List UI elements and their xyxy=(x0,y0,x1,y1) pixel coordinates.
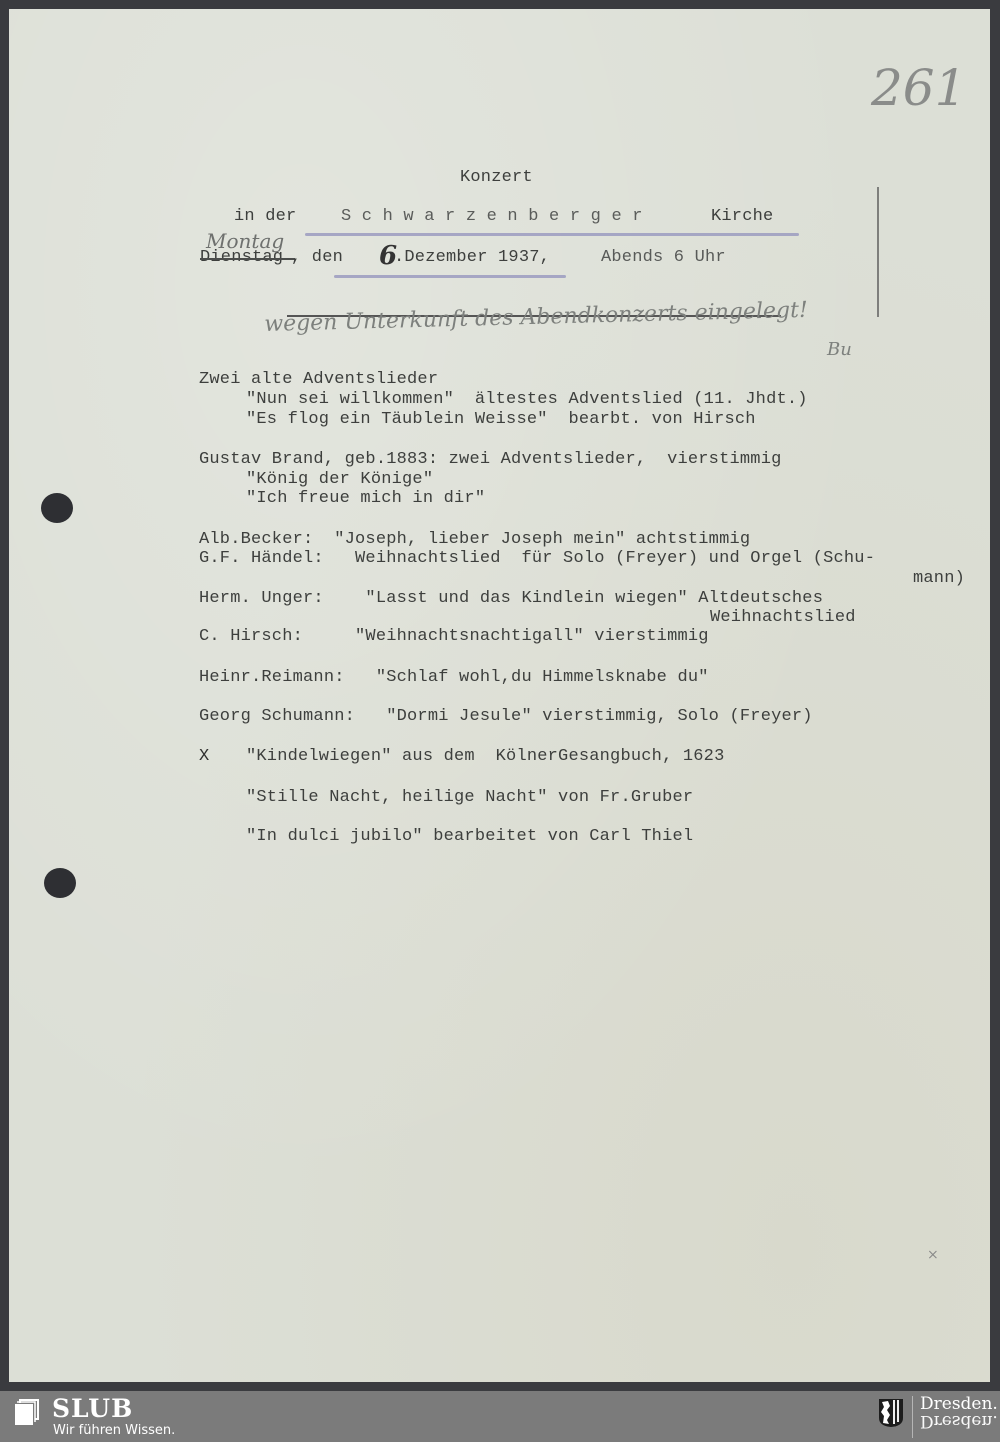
program-line: "Es flog ein Täublein Weisse" bearbt. vo… xyxy=(246,410,756,430)
footer-bar: SLUB Wir führen Wissen. Dresden. Dresden… xyxy=(0,1391,1000,1442)
dresden-crest-icon xyxy=(878,1398,904,1428)
church-name: S c h w a r z e n b e r g e r xyxy=(341,207,643,227)
day-strikethrough xyxy=(200,258,295,260)
date-underline xyxy=(334,275,566,278)
venue-prefix: in der xyxy=(234,207,296,227)
page-number-handwritten: 261 xyxy=(871,59,966,117)
program-line: mann) xyxy=(913,569,965,589)
program-line: Zwei alte Adventslieder xyxy=(199,370,438,390)
slub-tagline: Wir führen Wissen. xyxy=(53,1423,175,1438)
document-title: Konzert xyxy=(460,168,533,188)
day-handwritten: Montag xyxy=(206,229,284,253)
program-line: "Ich freue mich in dir" xyxy=(246,489,485,509)
dresden-wordmark-reflection: Dresden. xyxy=(920,1412,998,1430)
church-underline xyxy=(305,233,799,236)
program-line: "In dulci jubilo" bearbeitet von Carl Th… xyxy=(246,827,693,847)
program-line: Gustav Brand, geb.1883: zwei Adventslied… xyxy=(199,450,782,470)
program-line: "Kindelwiegen" aus dem KölnerGesangbuch,… xyxy=(246,747,724,767)
program-line: Herm. Unger: "Lasst und das Kindlein wie… xyxy=(199,589,823,609)
punch-hole-upper xyxy=(41,493,73,523)
program-line: "Stille Nacht, heilige Nacht" von Fr.Gru… xyxy=(246,788,693,808)
punch-hole-lower xyxy=(44,868,76,898)
footer-divider xyxy=(912,1396,913,1438)
handwritten-note: wegen Unterkunft des Abendkonzerts einge… xyxy=(264,298,808,337)
slub-book-icon xyxy=(14,1398,42,1426)
margin-line xyxy=(877,187,879,317)
program-line: "König der Könige" xyxy=(246,470,433,490)
handwritten-initial: Bu xyxy=(827,339,852,360)
date-month-year: .Dezember 1937, xyxy=(394,248,550,268)
pencil-mark: × xyxy=(927,1247,939,1263)
program-line: Alb.Becker: "Joseph, lieber Joseph mein"… xyxy=(199,530,750,550)
slub-brand[interactable]: SLUB xyxy=(52,1394,133,1423)
program-line: G.F. Händel: Weihnachtslied für Solo (Fr… xyxy=(199,549,875,569)
event-time: Abends 6 Uhr xyxy=(601,248,726,268)
venue-suffix: Kirche xyxy=(711,207,773,227)
document-page: 261 Konzert in der S c h w a r z e n b e… xyxy=(9,9,990,1382)
date-rest-prefix: , den xyxy=(291,248,353,268)
program-line: "Nun sei willkommen" ältestes Adventslie… xyxy=(246,390,808,410)
program-line: C. Hirsch: "Weihnachtsnachtigall" vierst… xyxy=(199,627,709,647)
program-line: Georg Schumann: "Dormi Jesule" vierstimm… xyxy=(199,707,813,727)
program-line: Heinr.Reimann: "Schlaf wohl,du Himmelskn… xyxy=(199,668,709,688)
program-line: Weihnachtslied xyxy=(710,608,856,628)
mark-x: X xyxy=(199,747,209,767)
